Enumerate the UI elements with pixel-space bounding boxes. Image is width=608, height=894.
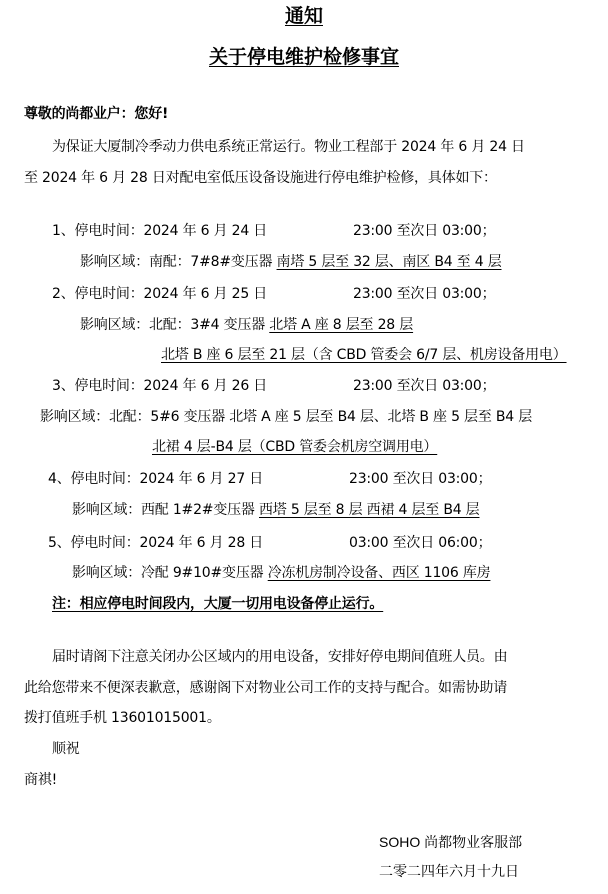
item-1-time-range: 23:00 至次日 03:00； (353, 224, 495, 238)
closing-line-1: 届时请阁下注意关闭办公区域内的用电设备，安排好停电期间值班人员。由 (52, 650, 507, 664)
item-5-area-label: 影响区域：冷配 9#10#变压器 (72, 565, 263, 581)
note: 注：相应停电时间段内，大厦一切用电设备停止运行。 (52, 597, 383, 611)
signature-organization: SOHO 尚都物业客服部 (379, 835, 522, 849)
item-5-area: 影响区域：冷配 9#10#变压器 冷冻机房制冷设备、西区 1106 库房 (72, 566, 490, 580)
item-1-area-label: 影响区域：南配：7#8#变压器 (80, 254, 272, 270)
item-4-time-range: 23:00 至次日 03:00； (349, 472, 491, 486)
item-3-area-detail-2: 北裙 4 层-B4 层（CBD 管委会机房空调用电） (152, 440, 437, 454)
item-5-area-detail: 冷冻机房制冷设备、西区 1106 库房 (268, 565, 491, 581)
closing-line-2: 此给您带来不便深表歉意，感谢阁下对物业公司工作的支持与配合。如需协助请 (24, 681, 507, 695)
regards-2: 商祺! (24, 773, 57, 787)
intro-line-1: 为保证大厦制冷季动力供电系统正常运行。物业工程部于 2024 年 6 月 24 … (52, 140, 525, 154)
item-4-area-label: 影响区域：西配 1#2#变压器 (72, 502, 255, 518)
item-2-area-detail: 北塔 A 座 8 层至 28 层 (269, 317, 413, 333)
item-2-area-label: 影响区域：北配：3#4 变压器 (80, 317, 265, 333)
item-2-area-detail-2: 北塔 B 座 6 层至 21 层（含 CBD 管委会 6/7 层、机房设备用电） (161, 348, 567, 362)
item-2-time-range: 23:00 至次日 03:00； (353, 287, 495, 301)
item-5-time-range: 03:00 至次日 06:00； (349, 536, 491, 550)
item-4-time: 4、停电时间：2024 年 6 月 27 日 (48, 472, 263, 486)
item-4-area-detail: 西塔 5 层至 8 层 西裙 4 层至 B4 层 (259, 502, 480, 518)
item-3-time-range: 23:00 至次日 03:00； (353, 379, 495, 393)
item-1-time: 1、停电时间：2024 年 6 月 24 日 (52, 224, 267, 238)
item-3-time: 3、停电时间：2024 年 6 月 26 日 (52, 379, 267, 393)
closing-line-3: 拨打值班手机 13601015001。 (24, 711, 221, 725)
item-1-area: 影响区域：南配：7#8#变压器 南塔 5 层至 32 层、南区 B4 至 4 层 (80, 255, 502, 269)
signature-date: 二零二四年六月十九日 (379, 864, 519, 878)
item-2-area: 影响区域：北配：3#4 变压器 北塔 A 座 8 层至 28 层 (80, 318, 413, 332)
greeting: 尊敬的尚都业户：您好! (24, 107, 168, 121)
item-5-time: 5、停电时间：2024 年 6 月 28 日 (48, 536, 263, 550)
regards-1: 顺祝 (52, 742, 80, 756)
intro-line-2: 至 2024 年 6 月 28 日对配电室低压设备设施进行停电维护检修，具体如下… (24, 171, 497, 185)
notice-subtitle: 关于停电维护检修事宜 (0, 48, 608, 67)
item-3-area: 影响区域：北配：5#6 变压器 北塔 A 座 5 层至 B4 层、北塔 B 座 … (40, 410, 532, 424)
item-4-area: 影响区域：西配 1#2#变压器 西塔 5 层至 8 层 西裙 4 层至 B4 层 (72, 503, 480, 517)
item-2-time: 2、停电时间：2024 年 6 月 25 日 (52, 287, 267, 301)
notice-title: 通知 (0, 7, 608, 26)
item-1-area-detail: 南塔 5 层至 32 层、南区 B4 至 4 层 (277, 254, 502, 270)
